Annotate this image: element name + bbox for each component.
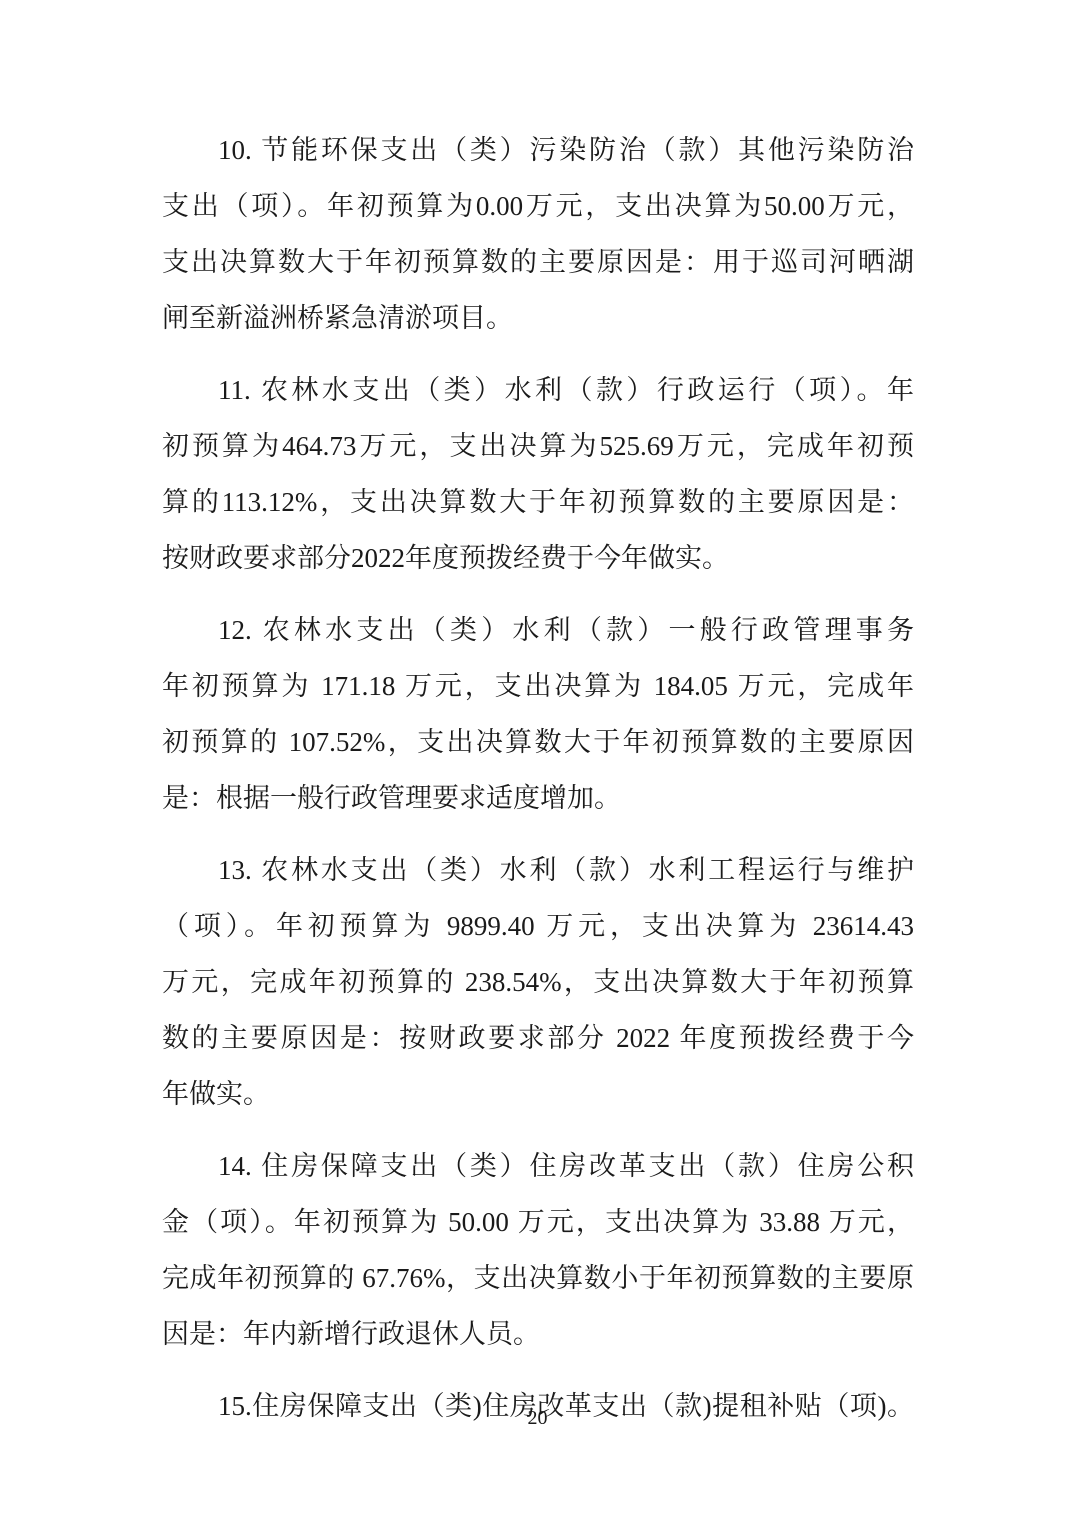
text-line: 是：根据一般行政管理要求适度增加。: [162, 770, 914, 826]
text-line: 因是：年内新增行政退休人员。: [162, 1306, 914, 1362]
text-line: 按财政要求部分2022年度预拨经费于今年做实。: [162, 530, 914, 586]
text-line: 支出（项）。年初预算为0.00万元，支出决算为50.00万元，: [162, 178, 914, 234]
text-line: 年做实。: [162, 1066, 914, 1122]
text-line: 13. 农林水支出（类）水利（款）水利工程运行与维护: [162, 842, 914, 898]
text-line: 金（项）。年初预算为 50.00 万元，支出决算为 33.88 万元，: [162, 1194, 914, 1250]
text-line: 初预算为464.73万元，支出决算为525.69万元，完成年初预: [162, 418, 914, 474]
text-line: 数的主要原因是：按财政要求部分 2022 年度预拨经费于今: [162, 1010, 914, 1066]
page-number: 20: [0, 1400, 1075, 1436]
text-line: 14. 住房保障支出（类）住房改革支出（款）住房公积: [162, 1138, 914, 1194]
text-line: 闸至新溢洲桥紧急清淤项目。: [162, 290, 914, 346]
text-line: 11. 农林水支出（类）水利（款）行政运行（项）。年: [162, 362, 914, 418]
text-line: 10. 节能环保支出（类）污染防治（款）其他污染防治: [162, 122, 914, 178]
text-line: 算的113.12%，支出决算数大于年初预算数的主要原因是：: [162, 474, 914, 530]
text-line: 支出决算数大于年初预算数的主要原因是：用于巡司河晒湖: [162, 234, 914, 290]
text-line: 万元，完成年初预算的 238.54%，支出决算数大于年初预算: [162, 954, 914, 1010]
text-line: 12. 农林水支出（类）水利（款）一般行政管理事务（项）。: [162, 602, 914, 658]
text-line: （项）。年初预算为 9899.40 万元，支出决算为 23614.43: [162, 898, 914, 954]
document-page: 10. 节能环保支出（类）污染防治（款）其他污染防治 支出（项）。年初预算为0.…: [0, 0, 1075, 1520]
document-body: 10. 节能环保支出（类）污染防治（款）其他污染防治 支出（项）。年初预算为0.…: [162, 122, 914, 1450]
text-line: 完成年初预算的 67.76%，支出决算数小于年初预算数的主要原: [162, 1250, 914, 1306]
text-line: 年初预算为 171.18 万元，支出决算为 184.05 万元，完成年: [162, 658, 914, 714]
text-line: 初预算的 107.52%，支出决算数大于年初预算数的主要原因: [162, 714, 914, 770]
